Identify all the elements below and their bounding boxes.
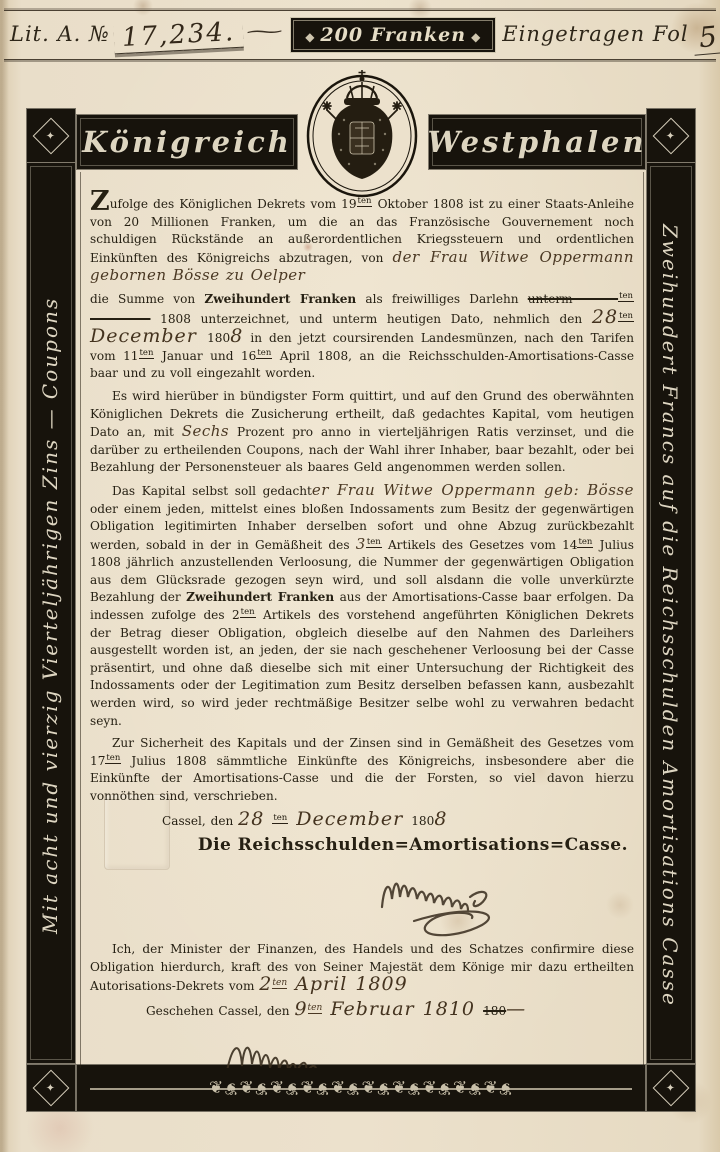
rosette-icon: ✦ [33, 1070, 70, 1107]
ornament-corner-tl: ✦ [26, 108, 76, 164]
signature-flourish-icon [354, 855, 594, 941]
text-segment-sup: ten [240, 607, 256, 618]
issue-dateline: Cassel, den 28 ten December 1808 [90, 811, 634, 831]
title-band-left: Königreich [76, 114, 298, 170]
laurel-leaf-icon: ❦ [240, 1078, 254, 1098]
laurel-leaf-icon: ❦ [316, 1078, 330, 1098]
laurel-leaf-icon: ❦ [346, 1078, 360, 1098]
text-segment-t: Cassel, den [162, 814, 238, 828]
text-segment-sup: ten [139, 348, 155, 359]
text-segment-h: 3 [356, 535, 366, 553]
text-segment-sup: ten [357, 196, 373, 207]
text-segment-t: ufolge des Königlichen Dekrets vom 19 [110, 197, 357, 211]
laurel-leaf-icon: ❦ [301, 1078, 315, 1098]
laurel-border-band: ❦❦❦❦❦❦❦❦❦❦❦❦❦❦❦❦❦❦❦❦ [76, 1064, 646, 1112]
laurel-leaf-icon: ❦ [362, 1078, 376, 1098]
signature-flourish-icon [208, 1026, 408, 1068]
laurel-leaf-icon: ❦ [484, 1078, 498, 1098]
diamond-ornament-icon: ◆ [305, 30, 315, 44]
text-segment-init: Z [90, 186, 110, 217]
geschehen-dateline: Geschehen Cassel, den 9ten Februar 1810 … [90, 1001, 634, 1021]
text-segment-h2: Februar 1810 [322, 998, 483, 1020]
lit-label: Lit. A. № [4, 22, 114, 48]
cassa-signature [90, 855, 634, 941]
ornament-corner-tr: ✦ [646, 108, 696, 164]
right-margin-text: Zweihundert Francs auf die Reichsschulde… [658, 170, 682, 1060]
text-segment-h2: December [90, 325, 207, 347]
minister-signature [90, 1026, 634, 1068]
laurel-leaf-icon: ❦ [209, 1078, 223, 1098]
body-paragraph-4: Das Kapital selbst soll gedachter Frau W… [90, 482, 634, 730]
text-segment-sup: ten [577, 537, 593, 548]
text-segment-h2: 8 [434, 808, 447, 830]
laurel-leaf-icon: ❦ [270, 1078, 284, 1098]
laurel-leaf-icon: ❦ [407, 1078, 421, 1098]
denomination-value: 200 Franken [320, 24, 466, 46]
pen-flourish-icon: ~ [242, 21, 287, 42]
text-segment-t: die Summe von [90, 292, 204, 306]
text-segment-h2: April 1809 [287, 973, 408, 995]
minister-confirmation-paragraph: Ich, der Minister der Finanzen, des Hand… [90, 941, 634, 996]
rosette-glyph: ✦ [46, 1082, 55, 1095]
text-segment-t: Artikels des vorstehend angeführten Köni… [90, 608, 634, 728]
text-segment-t: 180 [207, 331, 230, 345]
text-segment-t: Geschehen Cassel, den [146, 1004, 294, 1018]
laurel-leaf-icon: ❦ [392, 1078, 406, 1098]
text-segment-t: Das Kapital selbst soll gedacht [112, 484, 312, 498]
text-segment-strike: ————— [90, 312, 150, 326]
laurel-leaf-icon: ❦ [377, 1078, 391, 1098]
laurel-leaf-icon: ❦ [224, 1078, 238, 1098]
registered-label: Eingetragen Fol [496, 22, 692, 48]
registration-strip: Lit. A. № 17,234. ~ ◆200 Franken◆ Einget… [4, 10, 716, 60]
rosette-glyph: ✦ [666, 1082, 675, 1095]
text-segment-h2: 2 [259, 973, 272, 995]
kingdom-name-right: Westphalen [427, 125, 646, 159]
kingdom-name-left: Königreich [82, 125, 292, 159]
text-segment-t: 180 [411, 814, 434, 828]
rosette-glyph: ✦ [666, 130, 675, 143]
title-band-right: Westphalen [428, 114, 646, 170]
laurel-leaf-icon: ❦ [255, 1078, 269, 1098]
ornament-corner-br: ✦ [646, 1064, 696, 1112]
text-segment-h: Sechs [182, 422, 229, 440]
text-segment-t: Julius 1808 sämmtliche Einkünfte des Kön… [90, 754, 634, 803]
certificate-text: Zufolge des Königlichen Dekrets vom 19te… [80, 172, 644, 1068]
text-segment-sup: ten [366, 537, 382, 548]
text-segment-h: er Frau Witwe Oppermann geb: Bösse [312, 481, 634, 499]
text-segment-h2: 9 [294, 998, 307, 1020]
laurel-leaf-icon: ❦ [499, 1078, 513, 1098]
text-segment-strike: 180 [483, 1004, 506, 1018]
text-segment-h2: 28 [238, 808, 272, 830]
bond-certificate-page: Lit. A. № 17,234. ~ ◆200 Franken◆ Einget… [0, 0, 720, 1152]
laurel-leaf-icon: ❦ [331, 1078, 345, 1098]
diamond-ornament-icon: ◆ [471, 30, 481, 44]
rosette-icon: ✦ [653, 118, 690, 155]
text-segment-sup: ten [618, 311, 634, 322]
text-segment-h2: December [288, 808, 411, 830]
laurel-leaf-icon: ❦ [468, 1078, 482, 1098]
body-paragraph-5: Zur Sicherheit des Kapitals und der Zins… [90, 735, 634, 805]
denomination-box: ◆200 Franken◆ [290, 17, 496, 53]
body-paragraph-2: die Summe von Zweihundert Franken als fr… [90, 291, 634, 383]
serial-number: 17,234. [113, 16, 244, 54]
text-segment-sup: ten [272, 813, 288, 824]
body-paragraph-1: Zufolge des Königlichen Dekrets vom 19te… [90, 196, 634, 286]
laurel-leaf-icon: ❦ [438, 1078, 452, 1098]
rosette-glyph: ✦ [46, 130, 55, 143]
body-paragraph-3: Es wird hierüber in bündigster Form quit… [90, 388, 634, 477]
text-segment-h2: 8 [230, 325, 243, 347]
text-segment-t: Januar und 16 [154, 349, 256, 363]
laurel-leaf-icon: ❦ [423, 1078, 437, 1098]
text-segment-hsup: ten [272, 978, 287, 989]
text-segment-strike: unterm ——— [528, 292, 618, 306]
text-segment-t: Artikels des Gesetzes vom 14 [382, 538, 578, 552]
text-segment-sup: ten [618, 291, 634, 302]
text-segment-sup: ten [105, 753, 121, 764]
text-segment-h2: — [506, 998, 526, 1020]
text-segment-t: als freiwilliges Darlehn [356, 292, 528, 306]
laurel-leaf-icon: ❦ [285, 1078, 299, 1098]
text-segment-sup: ten [256, 348, 272, 359]
laurel-leaf-icon: ❦ [453, 1078, 467, 1098]
text-segment-hsup: ten [308, 1003, 323, 1014]
text-segment-b: Zweihundert Franken [204, 292, 356, 306]
rosette-icon: ✦ [33, 118, 70, 155]
cassa-heading: Die Reichsschulden=Amortisations=Casse. [90, 835, 634, 855]
text-segment-h2: 28 [592, 306, 618, 328]
folio-number: 574. [691, 14, 720, 55]
text-segment-b: Zweihundert Franken [186, 590, 334, 604]
rosette-icon: ✦ [653, 1070, 690, 1107]
left-margin-text: Mit acht und vierzig Vierteljährigen Zin… [38, 170, 62, 1060]
text-segment-t: 1808 unterzeichnet, und unterm heutigen … [150, 312, 591, 326]
ornament-corner-bl: ✦ [26, 1064, 76, 1112]
